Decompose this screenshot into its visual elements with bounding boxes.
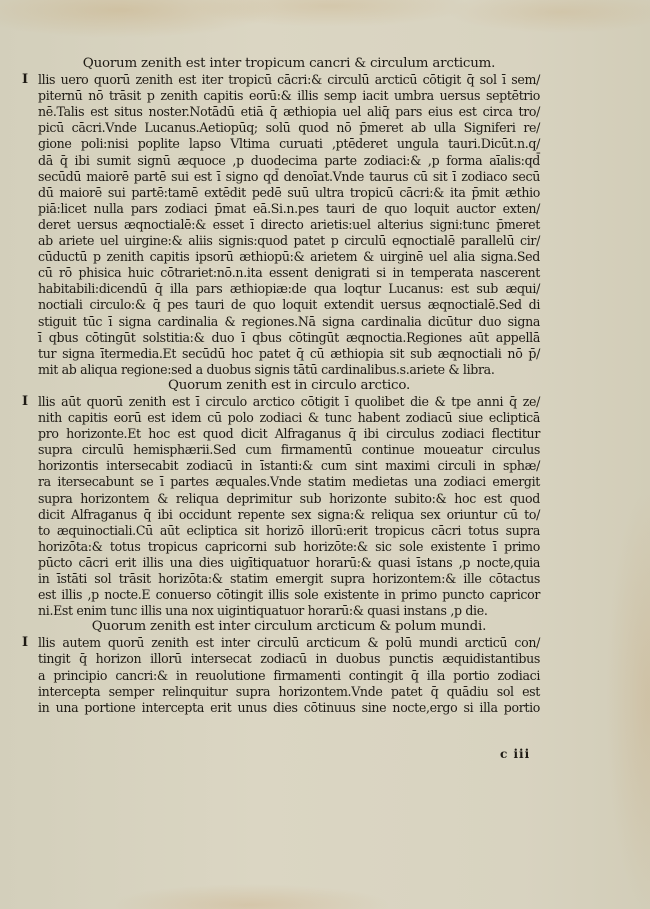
line-text: llis uero quorū zenith est iter tropicū … [38, 72, 540, 87]
text-line: to æquinoctiali.Cū aūt ecliptica sit hor… [38, 523, 540, 539]
text-line: ni.Est enim tunc illis una nox uigintiqu… [38, 603, 540, 619]
text-line: deret uersus æqnoctialē:& esset ī direct… [38, 217, 540, 233]
text-line: in una portione intercepta erit unus die… [38, 700, 540, 716]
text-line: I llis uero quorū zenith est iter tropic… [38, 72, 540, 88]
text-line: tur signa ītermedia.Et secūdū hoc patet … [38, 346, 540, 362]
text-line: I llis aūt quorū zenith est ī circulo ar… [38, 394, 540, 410]
text-line: pūcto cācri erit illis una dies uigītiqu… [38, 555, 540, 571]
scanned-page: Quorum zenith est inter tropicum cancri … [0, 0, 650, 909]
section-heading: Quorum zenith est inter circulum arcticu… [38, 619, 540, 635]
text-line: gione poli:nisi poplite lapso Vltima cur… [38, 136, 540, 152]
text-line: dū maiorē sui partē:tamē extēdit pedē su… [38, 185, 540, 201]
text-line: cū rō phisica huic cōtrariet:nō.n.ita es… [38, 265, 540, 281]
text-line: stiguit tūc ī signa cardinalia & regione… [38, 314, 540, 330]
text-line: supra circulū hemisphærii.Sed cum firmam… [38, 442, 540, 458]
text-line: est illis ,p nocte.E conuerso cōtingit i… [38, 587, 540, 603]
initial-letter: I [22, 635, 28, 651]
line-text: llis autem quorū zenith est inter circul… [38, 635, 540, 650]
text-line: piternū nō trāsit p zenith capitis eorū:… [38, 88, 540, 104]
text-line: noctiali circulo:& q̄ pes tauri de quo l… [38, 297, 540, 313]
text-line: ī qbus cōtingūt solstitia:& duo ī qbus c… [38, 330, 540, 346]
text-block: Quorum zenith est inter tropicum cancri … [38, 56, 540, 716]
text-line: horizontis intersecabit zodiacū in īstan… [38, 458, 540, 474]
text-line: horizōta:& totus tropicus capricorni sub… [38, 539, 540, 555]
text-line: ab ariete uel uirgine:& aliis signis:quo… [38, 233, 540, 249]
text-line: supra horizontem & reliqua deprimitur su… [38, 491, 540, 507]
text-line: pro horizonte.Et hoc est quod dicit Alfr… [38, 426, 540, 442]
section-heading: Quorum zenith est inter tropicum cancri … [38, 56, 540, 72]
initial-letter: I [22, 72, 28, 88]
text-line: dā q̄ ibi sumit signū æquoce ,p duodecim… [38, 153, 540, 169]
line-text: llis aūt quorū zenith est ī circulo arct… [38, 394, 540, 409]
text-line: cūductū p zenith capitis ipsorū æthiopū:… [38, 249, 540, 265]
text-line: dicit Alfraganus q̄ ibi occidunt repente… [38, 507, 540, 523]
text-line: nē.Talis est situs noster.Notādū etiā q̄… [38, 104, 540, 120]
text-line: secūdū maiorē partē sui est ī signo qd̄ … [38, 169, 540, 185]
text-line: mit ab aliqua regione:sed a duobus signi… [38, 362, 540, 378]
text-line: habitabili:dicendū q̄ illa pars æthiopiæ… [38, 281, 540, 297]
initial-letter: I [22, 394, 28, 410]
text-line: ra itersecabunt se ī partes æquales.Vnde… [38, 474, 540, 490]
text-line: in īstāti sol trāsit horizōta:& statim e… [38, 571, 540, 587]
text-line: intercepta semper relinquitur supra hori… [38, 684, 540, 700]
text-line: nith capitis eorū est idem cū polo zodia… [38, 410, 540, 426]
text-line: a principio cancri:& in reuolutione firm… [38, 668, 540, 684]
text-line: I llis autem quorū zenith est inter circ… [38, 635, 540, 651]
text-line: tingit q̄ horizon illorū intersecat zodi… [38, 651, 540, 667]
signature-mark: c iii [500, 747, 530, 761]
text-line: picū cācri.Vnde Lucanus.Aetiopūq; solū q… [38, 120, 540, 136]
text-line: piā:licet nulla pars zodiaci p̄mat eā.Si… [38, 201, 540, 217]
section-heading: Quorum zenith est in circulo arctico. [38, 378, 540, 394]
